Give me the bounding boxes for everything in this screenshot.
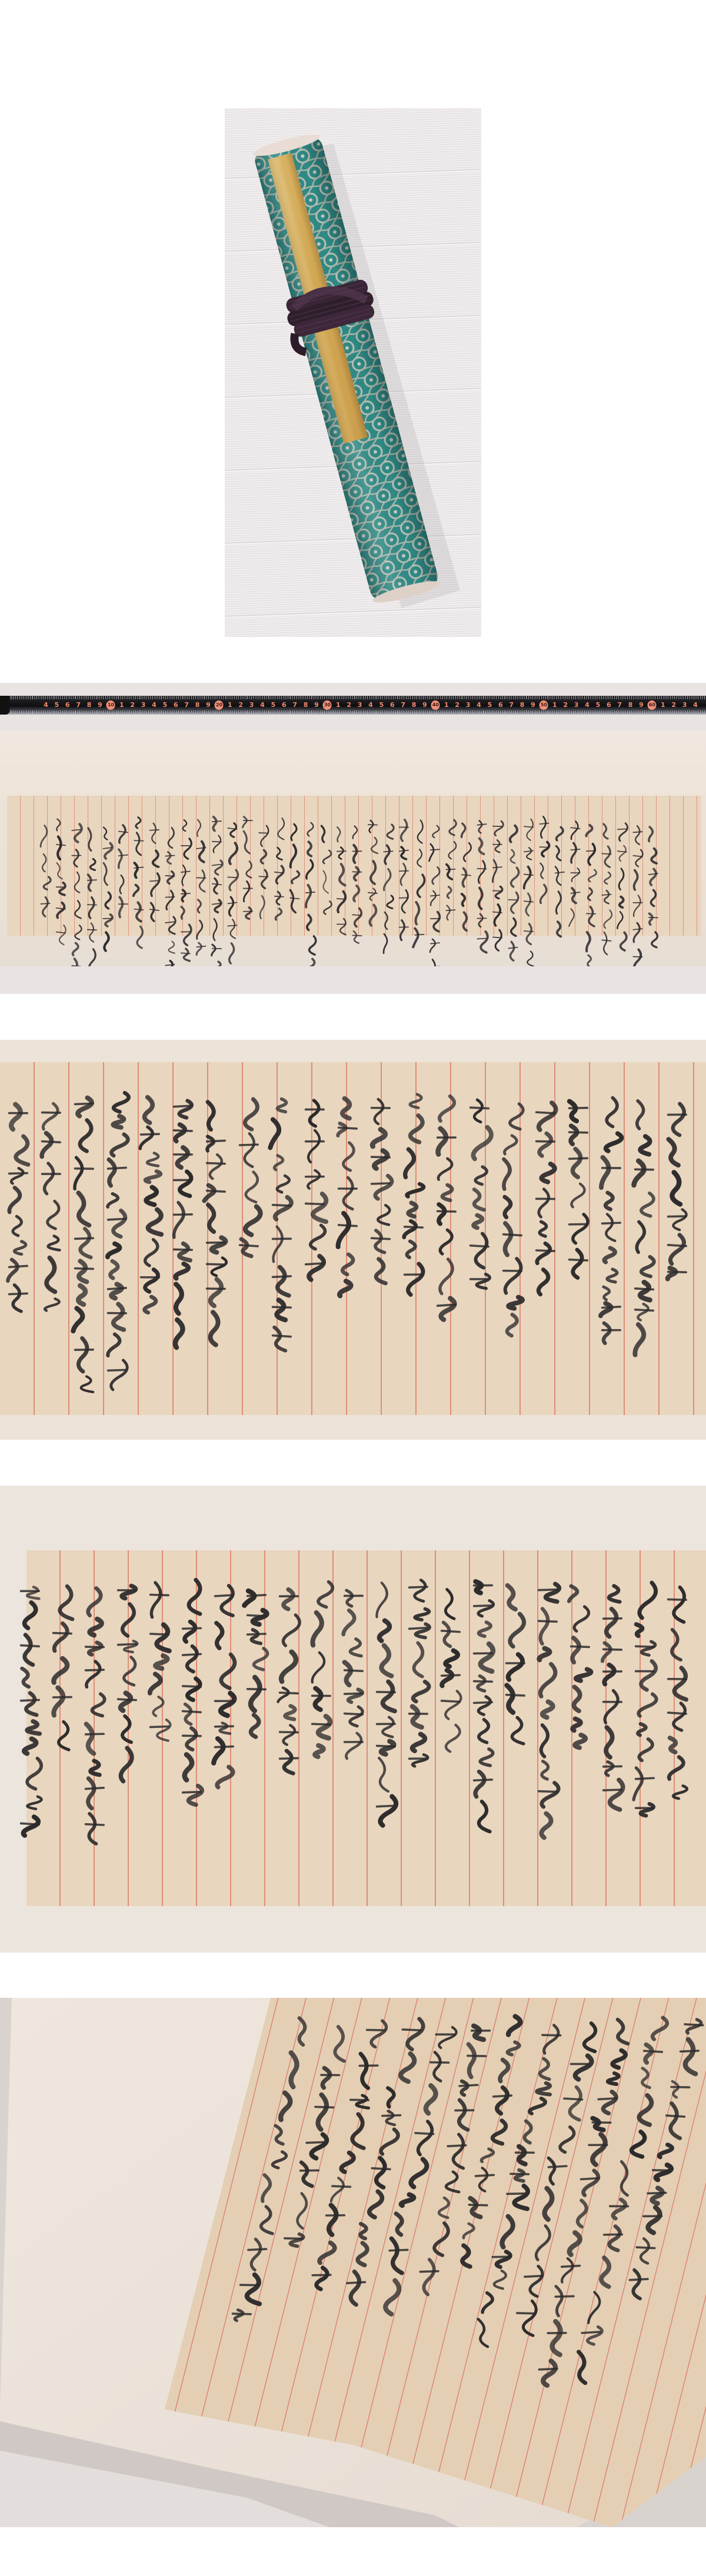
ruler-minor-label: 4 [693,700,698,710]
photo-rolled-scroll [225,108,481,637]
ruler-minor-label: 4 [260,700,265,710]
ruler-minor-label: 2 [238,700,243,710]
ruler-minor-label: 9 [639,700,644,710]
ruler-minor-label: 5 [271,700,276,710]
ruler-minor-label: 4 [152,700,156,710]
ruler-minor-label: 7 [401,700,405,710]
ruler-minor-label: 8 [87,700,92,710]
ruler-minor-label: 8 [304,700,308,710]
ruler-minor-label: 2 [455,700,459,710]
ruler-minor-label: 4 [44,700,48,710]
calligraphy-text [0,1486,706,1953]
calligraphy-text [0,1998,706,2527]
ruler-minor-label: 1 [228,700,232,710]
ruler-minor-label: 7 [617,700,622,710]
photo-text-closeup-closing [0,1486,706,1953]
ruler-minor-label: 4 [585,700,590,710]
ruler-minor-label: 6 [390,700,395,710]
ruler-minor-label: 1 [444,700,449,710]
ruler-minor-label: 3 [682,700,687,710]
ruler-minor-label: 6 [607,700,611,710]
ruler-minor-label: 5 [163,700,168,710]
ruler-minor-label: 9 [531,700,535,710]
photo-scroll-end-angled [0,1998,706,2527]
ruler-major-label: 20 [215,700,224,710]
ruler-minor-label: 9 [206,700,211,710]
ruler-minor-label: 3 [574,700,579,710]
ruler-minor-label: 3 [249,700,254,710]
ruler-minor-label: 1 [336,700,341,710]
ruler-minor-label: 6 [282,700,287,710]
calligraphy-text [0,731,706,966]
ruler-minor-label: 7 [76,700,81,710]
ruler-minor-label: 5 [596,700,601,710]
ruler-minor-label: 7 [509,700,514,710]
calligraphy-text [0,1040,706,1440]
ruler-minor-label: 1 [552,700,557,710]
ruler-major-label: 10 [106,700,115,710]
ruler-ticks-top [0,696,706,699]
ruler-minor-label: 6 [498,700,503,710]
ruler-minor-label: 5 [379,700,384,710]
photo-unrolled-scroll-with-ruler: 4567891012345678920123456789301234567894… [0,683,706,994]
ruler-major-label: 60 [648,700,657,710]
ruler-minor-label: 8 [412,700,417,710]
ruler-minor-label: 7 [292,700,297,710]
ruler-minor-label: 6 [65,700,70,710]
ruler-minor-label: 3 [466,700,471,710]
ruler-minor-label: 2 [347,700,351,710]
ruler-minor-label: 2 [671,700,676,710]
ruler-minor-label: 3 [358,700,362,710]
ruler-minor-label: 5 [488,700,492,710]
ruler-minor-label: 9 [98,700,102,710]
scroll-mount-paper [0,731,706,966]
ruler-minor-label: 5 [55,700,59,710]
ruler-minor-label: 6 [174,700,178,710]
ruler-minor-label: 3 [141,700,146,710]
ruler-major-label: 50 [540,700,548,710]
ruler-major-label: 40 [431,700,440,710]
ruler-minor-label: 1 [661,700,665,710]
ruler-major-label: 30 [323,700,332,710]
measuring-tape: 4567891012345678920123456789301234567894… [0,696,706,715]
ruler-minor-label: 8 [520,700,525,710]
ruler-minor-label: 4 [477,700,481,710]
ruler-minor-label: 4 [368,700,373,710]
ruler-minor-label: 7 [184,700,189,710]
ruler-minor-label: 8 [195,700,200,710]
ruler-minor-label: 2 [130,700,135,710]
ruler-ticks-bottom [0,710,706,713]
ruler-minor-label: 8 [628,700,633,710]
ruler-minor-label: 9 [314,700,319,710]
ruler-minor-label: 9 [422,700,427,710]
ruler-numbers: 4567891012345678920123456789301234567894… [0,700,706,710]
ruler-minor-label: 2 [563,700,568,710]
rolled-scroll-illustration [225,108,481,637]
ruler-minor-label: 1 [119,700,124,710]
photo-text-closeup-opening [0,1040,706,1440]
